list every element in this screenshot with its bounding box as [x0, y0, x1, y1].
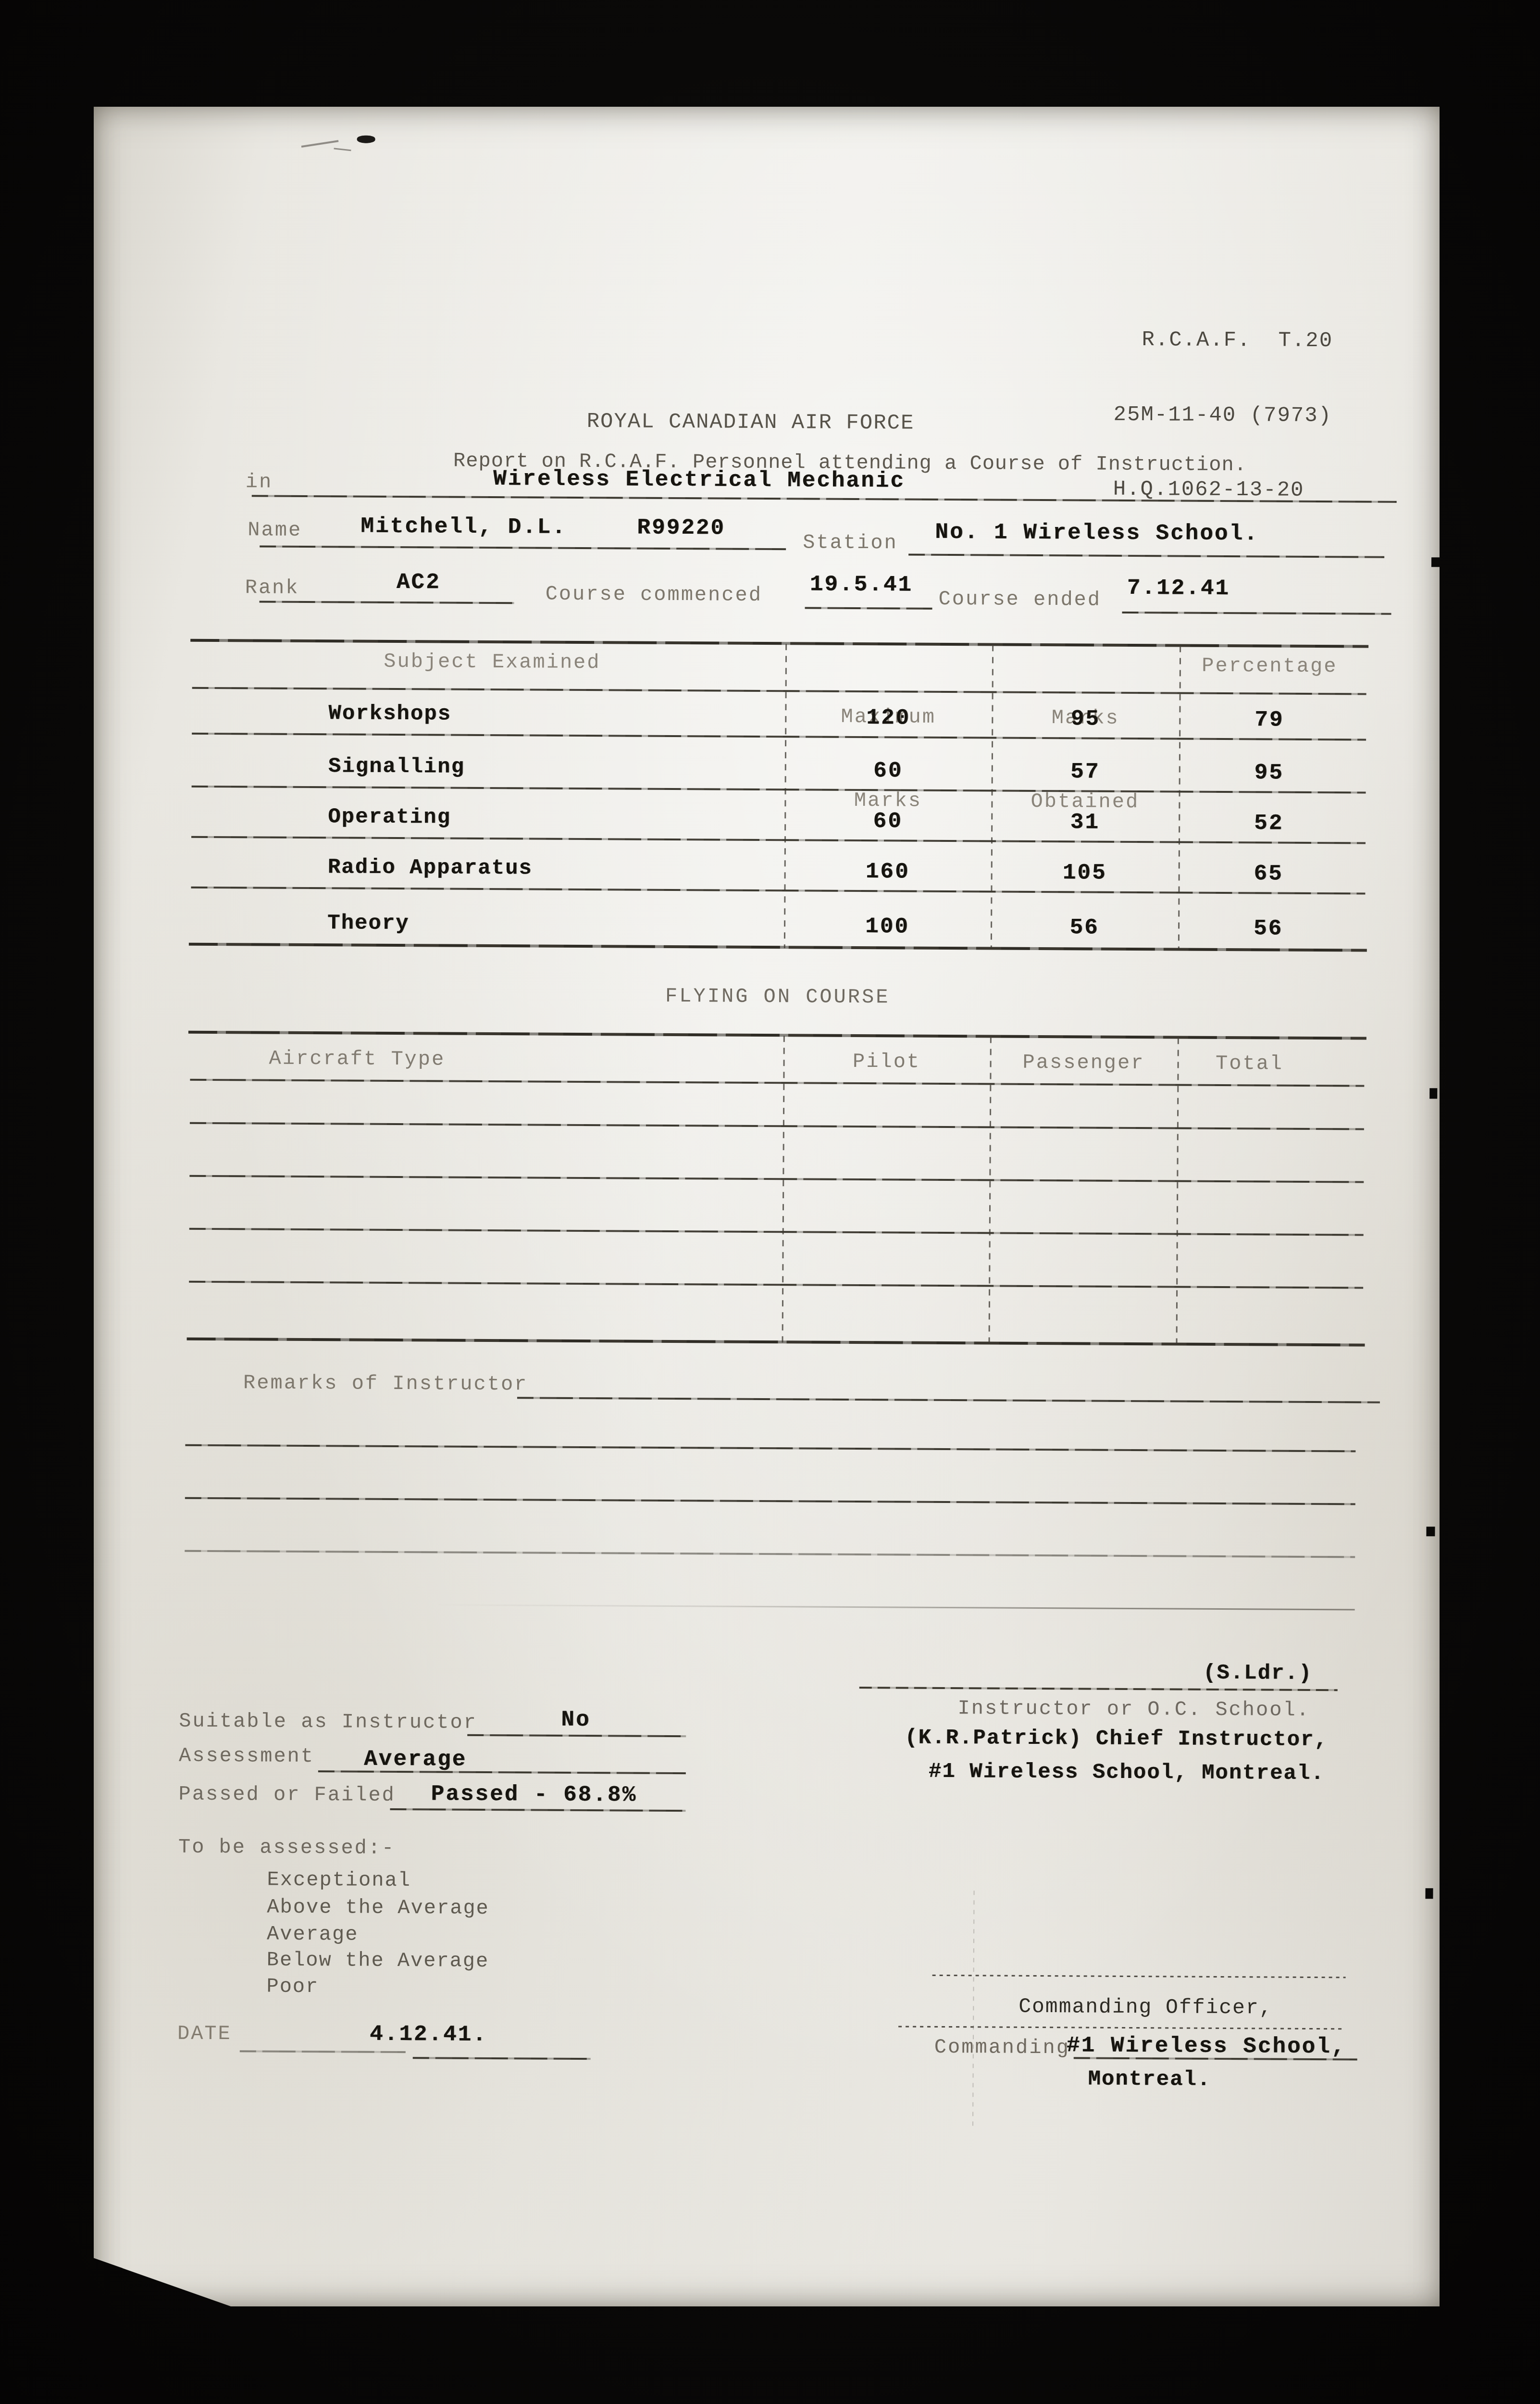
- chief-instructor-line: (K.R.Patrick) Chief Instructor,: [905, 1726, 1328, 1753]
- page-title: ROYAL CANADIAN AIR FORCE: [572, 410, 928, 437]
- passed-failed-label: Passed or Failed: [178, 1783, 396, 1808]
- paper-edge-notch: [1431, 557, 1440, 567]
- form-number: R.C.A.F. T.20: [1142, 328, 1333, 354]
- form-paper: R.C.A.F. T.20 25M-11-40 (7973) H.Q.1062-…: [94, 107, 1440, 2306]
- assess-option: Below the Average: [267, 1947, 489, 1975]
- marks-obtained-cell: 57: [992, 759, 1179, 785]
- rank-underline: [260, 601, 514, 604]
- print-code: 25M-11-40 (7973): [1114, 402, 1333, 428]
- flying-table-empty-row: [196, 1281, 1357, 1344]
- percentage-cell: 65: [1179, 861, 1359, 887]
- flying-section-title: FLYING ON COURSE: [197, 980, 1358, 1014]
- assessment-underline: [318, 1770, 686, 1774]
- rank-value: AC2: [397, 569, 441, 596]
- co-city-value: Montreal.: [1088, 2067, 1211, 2093]
- percentage-cell: 79: [1179, 707, 1359, 733]
- to-be-assessed-label: To be assessed:-: [178, 1836, 396, 1861]
- course-commenced-label: Course commenced: [546, 583, 763, 608]
- paper-edge-notch: [1426, 1888, 1433, 1899]
- typed-content: R.C.A.F. T.20 25M-11-40 (7973) H.Q.1062-…: [82, 103, 1440, 2310]
- co-dotted-line: [898, 2026, 1345, 2029]
- max-marks-cell: 60: [784, 808, 991, 834]
- marks-obtained-cell: 95: [992, 706, 1179, 732]
- col-header-subject: Subject Examined: [199, 647, 785, 677]
- course-commenced-underline: [805, 607, 932, 609]
- subject-cell: Operating: [328, 805, 451, 830]
- assess-option: Exceptional: [267, 1866, 411, 1894]
- assessment-label: Assessment: [179, 1744, 314, 1769]
- flying-table-header-row: Aircraft Type Pilot Passenger Total: [197, 1031, 1357, 1085]
- suitable-instructor-value: No: [561, 1707, 591, 1733]
- col-header-percentage: Percentage: [1180, 652, 1360, 681]
- remarks-line: [185, 1550, 1355, 1558]
- remarks-line-faded: [435, 1604, 1355, 1610]
- flying-table-empty-row: [196, 1175, 1357, 1234]
- passed-underline: [390, 1808, 685, 1812]
- assess-option: Average: [267, 1921, 359, 1948]
- paper-edge-notch: [1426, 1527, 1435, 1536]
- subject-cell: Signalling: [328, 754, 465, 780]
- station-value: No. 1 Wireless School.: [935, 519, 1259, 547]
- name-value: Mitchell, D.L.: [360, 513, 567, 541]
- form-reference-block: R.C.A.F. T.20 25M-11-40 (7973) H.Q.1062-…: [1113, 278, 1333, 553]
- col-header-aircraft: Aircraft Type: [269, 1045, 445, 1074]
- name-label: Name: [248, 518, 302, 542]
- remarks-underline: [517, 1397, 1380, 1403]
- table-row: Workshops 120 95 79: [199, 687, 1359, 739]
- remarks-line: [185, 1444, 1355, 1452]
- signature-caption: Instructor or O.C. School.: [957, 1697, 1304, 1722]
- subject-cell: Radio Apparatus: [328, 855, 533, 881]
- photo-background: R.C.A.F. T.20 25M-11-40 (7973) H.Q.1062-…: [0, 0, 1540, 2404]
- subject-cell: Workshops: [328, 701, 451, 727]
- percentage-cell: 56: [1178, 916, 1358, 942]
- signer-rank-note: (S.Ldr.): [1203, 1661, 1313, 1687]
- rank-label: Rank: [245, 576, 299, 600]
- co-title-line: Commanding Officer,: [1018, 1995, 1273, 2021]
- col-header-passenger: Passenger: [990, 1048, 1177, 1077]
- suitable-instructor-label: Suitable as Instructor: [179, 1710, 477, 1735]
- course-in-label: in: [246, 470, 273, 494]
- marks-obtained-cell: 105: [991, 860, 1179, 886]
- marks-table: Subject Examined Maximum Marks Marks Obt…: [198, 639, 1360, 952]
- assess-option: Above the Average: [267, 1894, 489, 1922]
- flying-table-empty-row: [197, 1079, 1357, 1128]
- flying-table-empty-row: [196, 1228, 1357, 1287]
- course-ended-underline: [1122, 612, 1391, 615]
- col-header-total: Total: [1177, 1050, 1321, 1078]
- max-marks-cell: 120: [785, 705, 992, 731]
- service-number-value: R99220: [637, 515, 725, 541]
- station-underline: [908, 554, 1384, 558]
- marks-obtained-cell: 56: [991, 914, 1178, 940]
- assessment-value: Average: [364, 1746, 467, 1773]
- table-row: Signalling 60 57 95: [199, 733, 1360, 792]
- course-value: Wireless Electrical Mechanic: [493, 466, 905, 494]
- fold-crease: [972, 1891, 975, 2127]
- max-marks-cell: 100: [784, 914, 991, 939]
- date-underline: [240, 2050, 406, 2053]
- table-row: Radio Apparatus 160 105 65: [198, 836, 1359, 893]
- max-marks-cell: 60: [785, 758, 992, 784]
- passed-failed-value: Passed - 68.8%: [431, 1781, 637, 1808]
- flying-table: Aircraft Type Pilot Passenger Total: [196, 1031, 1358, 1346]
- name-underline: [260, 545, 786, 550]
- course-commenced-value: 19.5.41: [810, 571, 913, 598]
- table-row: Operating 60 31 52: [198, 786, 1359, 842]
- co-school-value: #1 Wireless School,: [1067, 2032, 1346, 2060]
- marks-obtained-cell: 31: [991, 809, 1179, 835]
- col-header-pilot: Pilot: [783, 1047, 990, 1076]
- pencil-mark: [334, 148, 351, 151]
- flying-table-empty-row: [196, 1122, 1357, 1181]
- school-address-line: #1 Wireless School, Montreal.: [929, 1760, 1325, 1787]
- remarks-line: [185, 1497, 1355, 1505]
- date-value: 4.12.41.: [370, 2021, 487, 2048]
- course-ended-value: 7.12.41: [1127, 575, 1230, 601]
- percentage-cell: 52: [1179, 811, 1359, 837]
- date-underline: [413, 2057, 591, 2060]
- ink-blot: [357, 136, 375, 143]
- remarks-label: Remarks of Instructor: [243, 1371, 528, 1397]
- course-ended-label: Course ended: [939, 588, 1102, 612]
- station-label: Station: [803, 531, 898, 555]
- table-row: Theory 100 56 56: [198, 887, 1359, 952]
- paper-edge-notch: [1429, 1088, 1437, 1099]
- assess-option: Poor: [266, 1973, 319, 2001]
- date-label: DATE: [177, 2022, 232, 2046]
- subject-cell: Theory: [327, 911, 410, 937]
- pencil-mark: [301, 140, 339, 148]
- co-signature-line: [932, 1975, 1346, 1978]
- max-marks-cell: 160: [784, 859, 991, 885]
- commanding-label: Commanding: [934, 2036, 1070, 2060]
- signature-line: [859, 1687, 1338, 1691]
- percentage-cell: 95: [1179, 760, 1359, 786]
- suitable-underline: [467, 1734, 686, 1737]
- marks-table-header-row: Subject Examined Maximum Marks Marks Obt…: [199, 639, 1360, 693]
